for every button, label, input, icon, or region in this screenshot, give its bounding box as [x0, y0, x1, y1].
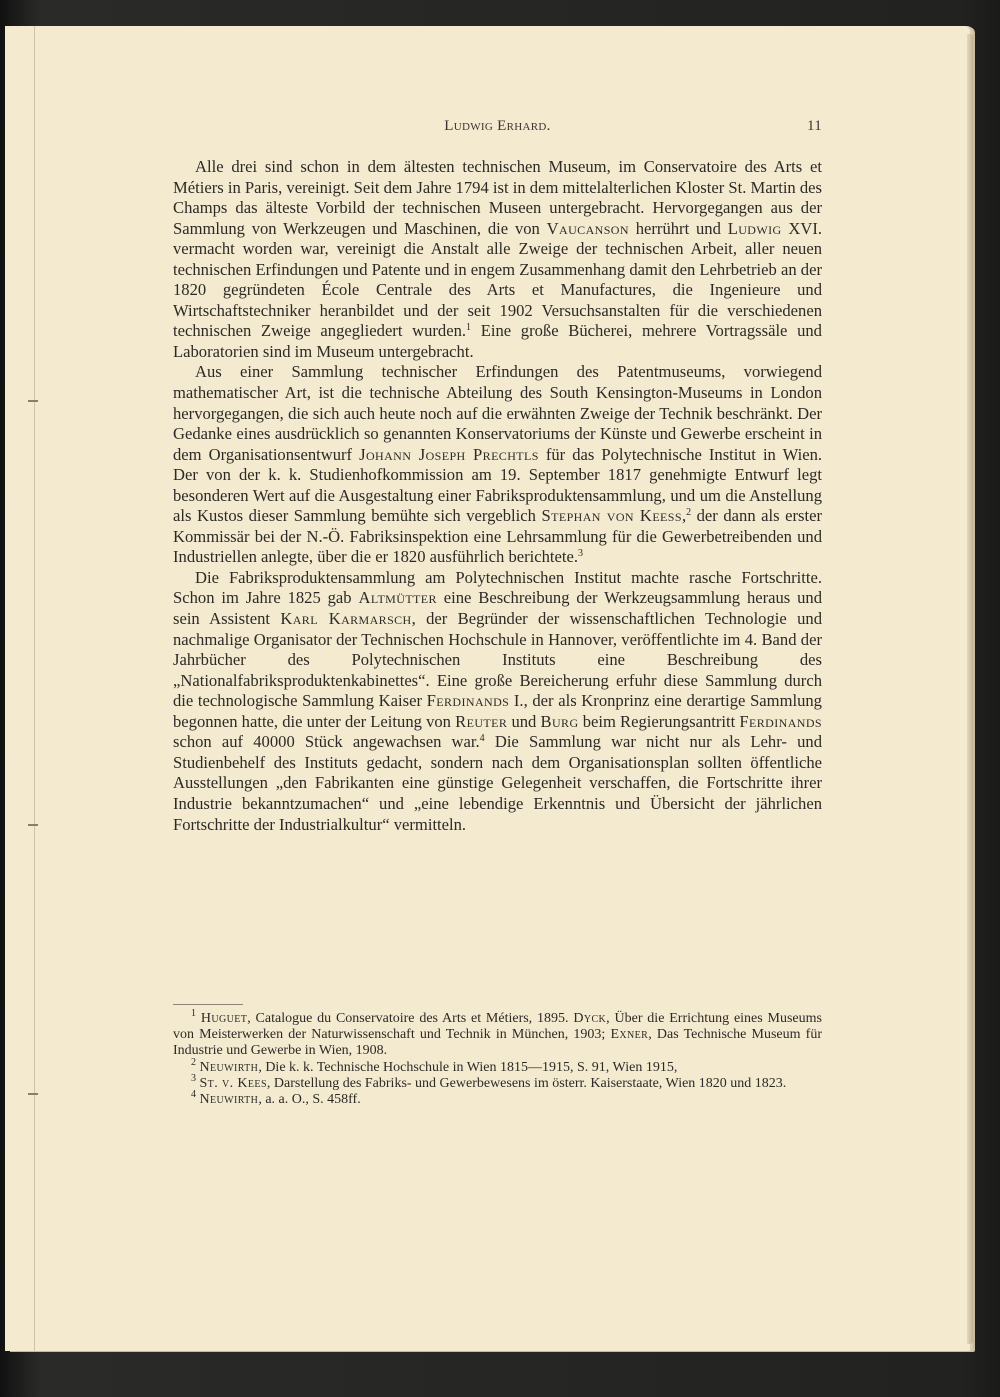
person-name: Vaucanson	[547, 219, 629, 238]
main-text: Alle drei sind schon in dem ältesten tec…	[173, 157, 822, 835]
person-name: Ferdinands	[427, 691, 510, 710]
page-number: 11	[807, 118, 822, 135]
person-name: Altmütter	[358, 588, 436, 607]
footnote: 4 Neuwirth, a. a. O., S. 458ff.	[173, 1092, 822, 1108]
stitch-mark	[28, 1093, 38, 1095]
person-name: Dyck	[573, 1011, 606, 1026]
running-head-title: Ludwig Erhard.	[173, 118, 822, 135]
footnote: 2 Neuwirth, Die k. k. Technische Hochsch…	[173, 1060, 822, 1076]
text-run: , Die k. k. Technische Hochschule in Wie…	[258, 1060, 677, 1075]
paragraph: Aus einer Sammlung technischer Erfindung…	[173, 362, 822, 567]
person-name: Exner	[610, 1027, 648, 1042]
text-run: , a. a. O., S. 458ff.	[258, 1092, 360, 1107]
text-run: schon auf 40000 Stück angewachsen war.	[173, 732, 480, 751]
person-name: Reuter	[455, 712, 507, 731]
person-name: Huguet	[201, 1011, 247, 1026]
stitch-mark	[28, 824, 38, 826]
person-name: Burg	[541, 712, 579, 731]
person-name: Neuwirth	[200, 1092, 259, 1107]
paragraph: Alle drei sind schon in dem ältesten tec…	[173, 157, 822, 362]
text-run: , Catalogue du Conservatoire des Arts et…	[247, 1011, 573, 1026]
text-run: und	[507, 712, 540, 731]
person-name: Stephan von Keess	[541, 506, 681, 525]
binding-gutter-line	[34, 26, 35, 1351]
footnotes: 1 Huguet, Catalogue du Conservatoire des…	[173, 1011, 822, 1108]
person-name: Neuwirth	[200, 1060, 259, 1075]
person-name: Ludwig	[728, 219, 782, 238]
person-name: St. v. Kees	[200, 1076, 267, 1091]
footnote-separator	[173, 1004, 243, 1005]
text-run: herrührt und	[629, 219, 728, 238]
person-name: Karl Karmarsch	[280, 609, 411, 628]
stitch-mark	[28, 400, 38, 402]
footnote: 1 Huguet, Catalogue du Conservatoire des…	[173, 1011, 822, 1060]
person-name: Ferdinands	[739, 712, 822, 731]
person-name: Johann Joseph Prechtls	[359, 445, 539, 464]
footnote-ref: 3	[578, 548, 583, 559]
footnote: 3 St. v. Kees, Darstellung des Fabriks- …	[173, 1076, 822, 1092]
running-header: Ludwig Erhard. 11	[173, 118, 822, 138]
text-run: beim Regierungsantritt	[579, 712, 740, 731]
text-run: , Darstellung des Fabriks- und Gewerbewe…	[267, 1076, 786, 1091]
paragraph: Die Fabriksproduktensammlung am Polytech…	[173, 568, 822, 835]
page-stack-edge	[967, 34, 973, 1344]
